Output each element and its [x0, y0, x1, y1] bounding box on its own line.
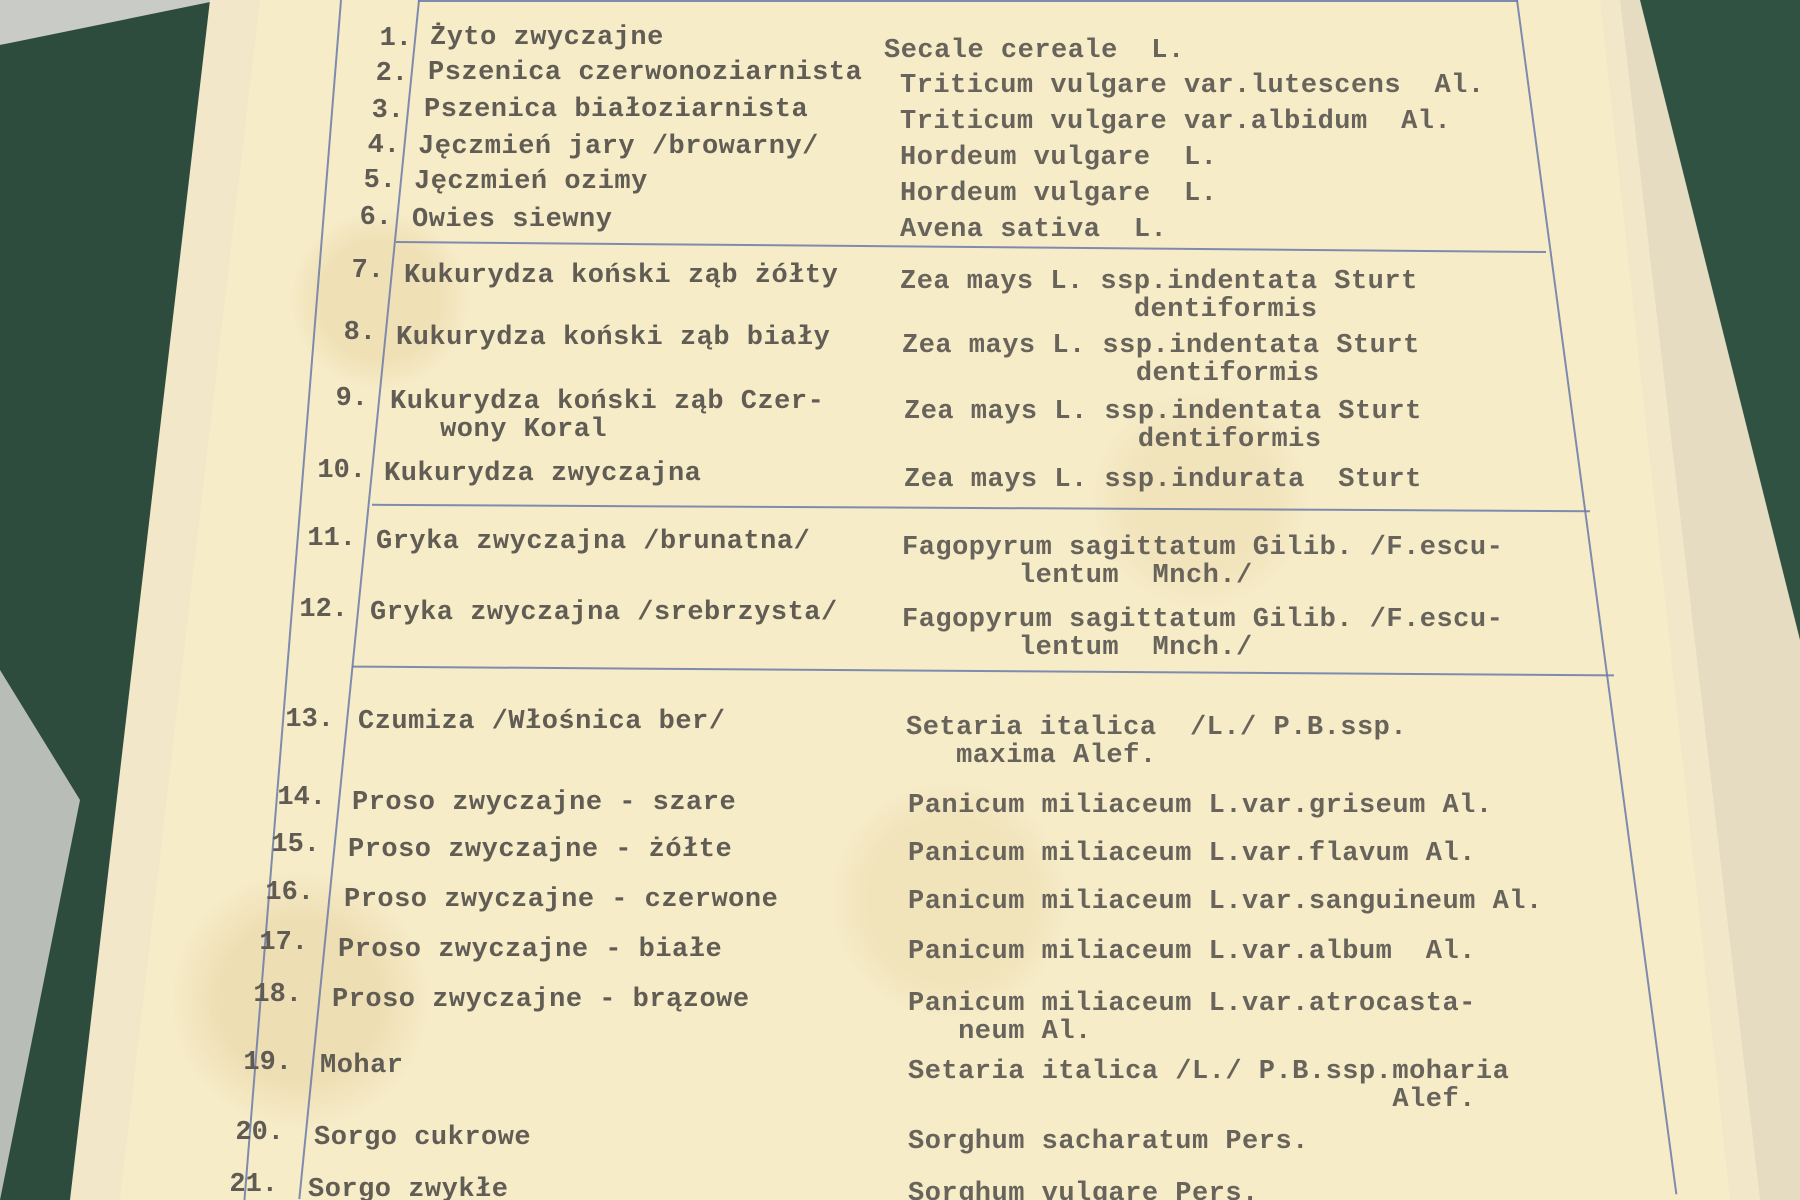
entry-number: 21. [212, 1170, 278, 1200]
latin-name: Panicum miliaceum L.var.atrocasta- neum … [908, 990, 1476, 1046]
entry-number: 9. [322, 384, 368, 414]
latin-name: Fagopyrum sagittatum Gilib. /F.escu- len… [902, 606, 1503, 662]
latin-name: Sorghum vulgare Pers. [908, 1180, 1259, 1200]
entry-number: 5. [352, 166, 396, 196]
latin-name: Avena sativa L. [900, 216, 1167, 244]
entry-number: 12. [282, 595, 348, 625]
latin-name: Panicum miliaceum L.var.sanguineum Al. [908, 888, 1543, 916]
entry-number: 18. [236, 980, 302, 1010]
latin-name: Hordeum vulgare L. [900, 180, 1217, 208]
latin-name: Panicum miliaceum L.var.album Al. [908, 938, 1476, 966]
polish-name: Kukurydza koński ząb Czer- wony Koral [390, 388, 824, 444]
latin-name: Hordeum vulgare L. [900, 144, 1217, 172]
latin-name: Triticum vulgare var.lutescens Al. [900, 72, 1485, 100]
latin-name: Zea mays L. ssp.indentata Sturt dentifor… [904, 398, 1422, 454]
polish-name: Proso zwyczajne - brązowe [332, 986, 750, 1014]
rule-top [418, 0, 1518, 2]
latin-name: Zea mays L. ssp.indentata Sturt dentifor… [900, 268, 1418, 324]
latin-name: Secale cereale L. [884, 37, 1185, 65]
polish-name: Mohar [320, 1052, 404, 1080]
latin-name: Panicum miliaceum L.var.griseum Al. [908, 792, 1493, 820]
latin-name: Fagopyrum sagittatum Gilib. /F.escu- len… [902, 534, 1503, 590]
polish-name: Żyto zwyczajne [430, 24, 664, 52]
polish-name: Czumiza /Włośnica ber/ [358, 708, 725, 736]
polish-name: Jęczmień ozimy [414, 168, 648, 196]
polish-name: Pszenica białoziarnista [424, 96, 808, 124]
polish-name: Pszenica czerwonoziarnista [428, 59, 862, 87]
entry-number: 2. [364, 59, 408, 89]
polish-name: Sorgo zwykłe [308, 1176, 508, 1200]
latin-name: Panicum miliaceum L.var.flavum Al. [908, 840, 1476, 868]
entry-number: 8. [330, 318, 376, 348]
entry-number: 10. [300, 456, 366, 486]
latin-name: Setaria italica /L./ P.B.ssp.moharia Ale… [908, 1058, 1509, 1114]
polish-name: Proso zwyczajne - szare [352, 789, 736, 817]
latin-name: Zea mays L. ssp.indurata Sturt [904, 466, 1422, 494]
entry-number: 20. [218, 1118, 284, 1148]
entry-number: 1. [368, 24, 412, 54]
polish-name: Gryka zwyczajna /srebrzysta/ [370, 599, 838, 627]
latin-name: Setaria italica /L./ P.B.ssp. maxima Ale… [906, 714, 1407, 770]
entry-number: 11. [290, 524, 356, 554]
polish-name: Kukurydza zwyczajna [384, 460, 701, 488]
entry-number: 3. [360, 96, 404, 126]
polish-name: Proso zwyczajne - białe [338, 936, 722, 964]
polish-name: Kukurydza koński ząb żółty [404, 262, 838, 290]
entry-number: 19. [226, 1048, 292, 1078]
latin-name: Triticum vulgare var.albidum Al. [900, 108, 1451, 136]
entry-number: 17. [242, 928, 308, 958]
entry-number: 13. [268, 705, 334, 735]
entry-number: 7. [338, 256, 384, 286]
latin-name: Zea mays L. ssp.indentata Sturt dentifor… [902, 332, 1420, 388]
polish-name: Jęczmień jary /browarny/ [418, 133, 819, 161]
entry-number: 6. [348, 203, 392, 233]
polish-name: Proso zwyczajne - żółte [348, 836, 732, 864]
polish-name: Sorgo cukrowe [314, 1124, 531, 1152]
entry-number: 15. [254, 830, 320, 860]
entry-number: 16. [248, 878, 314, 908]
entry-number: 14. [260, 783, 326, 813]
latin-name: Sorghum sacharatum Pers. [908, 1128, 1309, 1156]
polish-name: Proso zwyczajne - czerwone [344, 886, 778, 914]
polish-name: Kukurydza koński ząb biały [396, 324, 830, 352]
entry-number: 4. [356, 131, 400, 161]
polish-name: Gryka zwyczajna /brunatna/ [376, 528, 810, 556]
polish-name: Owies siewny [412, 206, 612, 234]
